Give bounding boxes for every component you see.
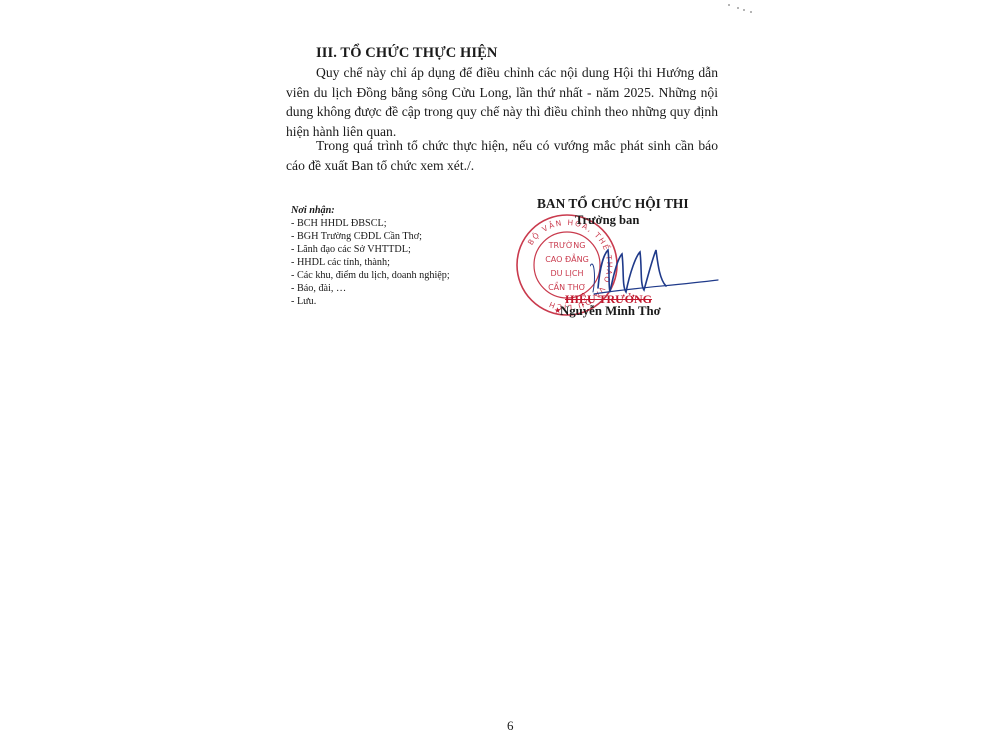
svg-text:CAO ĐẲNG: CAO ĐẲNG bbox=[545, 252, 589, 264]
scan-specks bbox=[728, 4, 758, 14]
svg-text:DU LỊCH: DU LỊCH bbox=[551, 269, 584, 279]
role-title: Trưởng ban bbox=[575, 213, 639, 228]
paragraph-procedure: Trong quá trình tổ chức thực hiện, nếu c… bbox=[286, 136, 718, 175]
document-page: III. TỔ CHỨC THỰC HIỆN Quy chế này chỉ á… bbox=[0, 0, 1000, 750]
organization-title: BAN TỔ CHỨC HỘI THI bbox=[537, 196, 689, 212]
recipient-item: - BCH HHDL ĐBSCL; bbox=[291, 217, 450, 230]
recipients-list: Nơi nhận: - BCH HHDL ĐBSCL; - BGH Trường… bbox=[291, 204, 450, 308]
svg-text:CẦN THƠ: CẦN THƠ bbox=[548, 280, 586, 292]
recipient-item: - Báo, đài, … bbox=[291, 282, 450, 295]
recipient-item: - BGH Trường CĐDL Cần Thơ; bbox=[291, 230, 450, 243]
signature-block: BAN TỔ CHỨC HỘI THI BỘ VĂN HÓA, THỂ THAO… bbox=[520, 196, 730, 326]
page-number: 6 bbox=[507, 718, 514, 734]
recipient-item: - Lưu. bbox=[291, 295, 450, 308]
paragraph-scope: Quy chế này chỉ áp dụng để điều chỉnh cá… bbox=[286, 63, 718, 141]
svg-text:TRƯỜNG: TRƯỜNG bbox=[548, 239, 586, 250]
recipient-item: - Lãnh đạo các Sở VHTTDL; bbox=[291, 243, 450, 256]
signer-name: Nguyễn Minh Thơ bbox=[560, 304, 661, 319]
recipients-title: Nơi nhận: bbox=[291, 204, 450, 217]
section-heading: III. TỔ CHỨC THỰC HIỆN bbox=[316, 45, 497, 62]
recipient-item: - Các khu, điểm du lịch, doanh nghiệp; bbox=[291, 269, 450, 282]
recipient-item: - HHDL các tỉnh, thành; bbox=[291, 256, 450, 269]
